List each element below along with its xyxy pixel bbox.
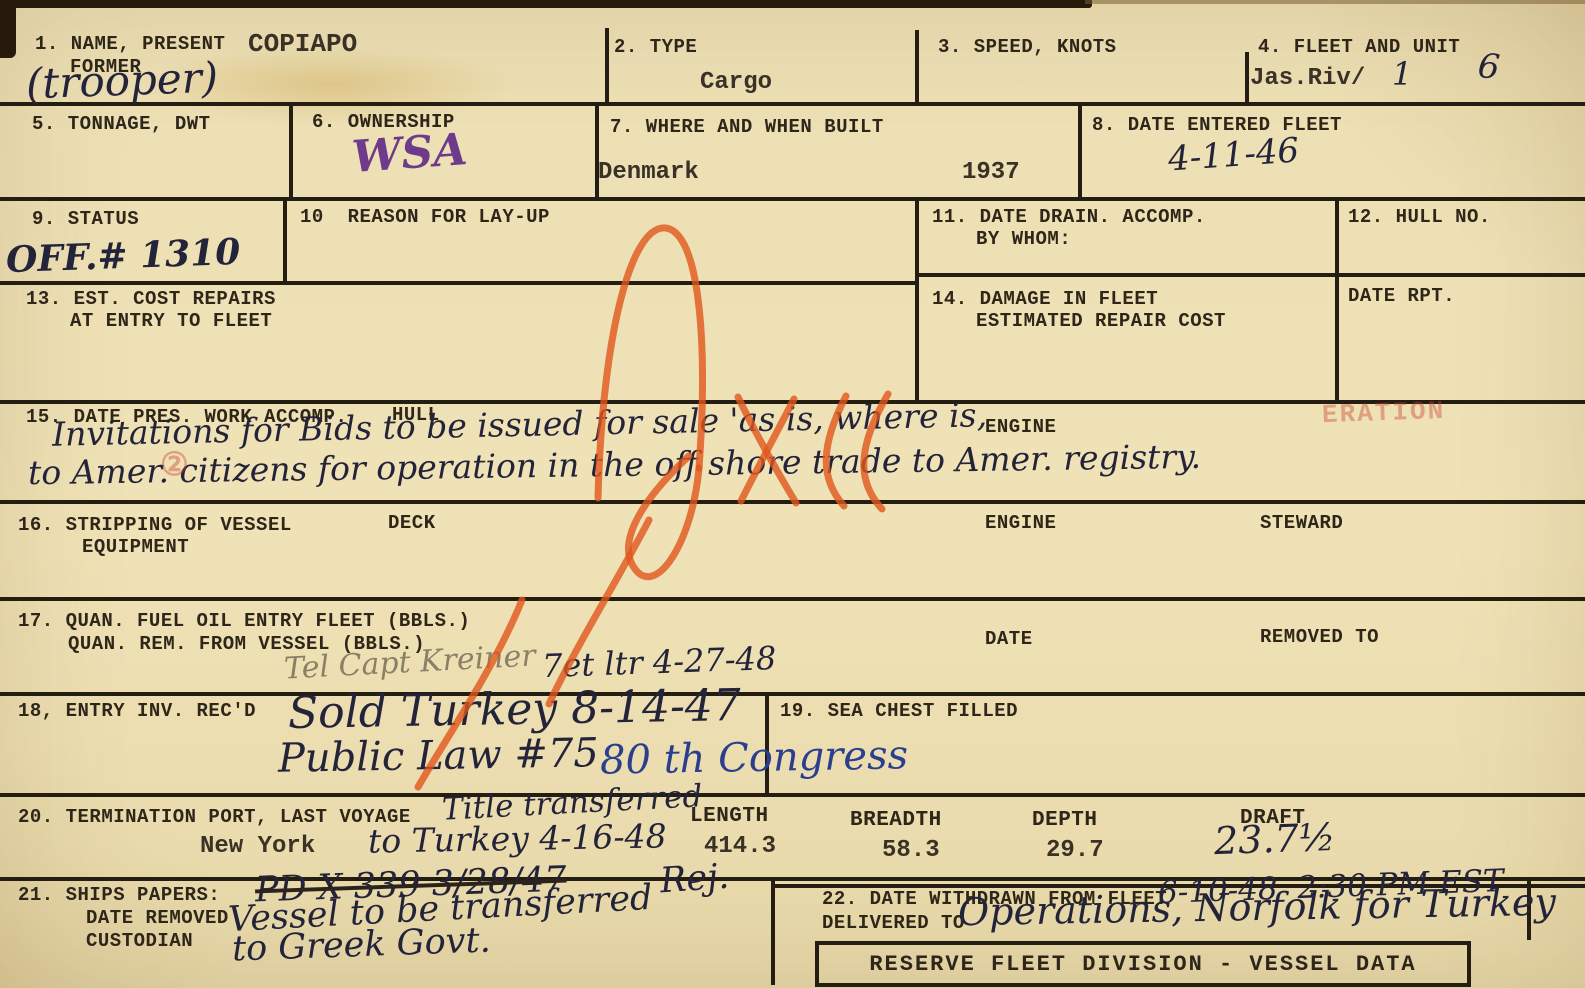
grid-line <box>771 877 775 985</box>
field-7-label: 7. WHERE AND WHEN BUILT <box>610 116 884 139</box>
grid-line <box>1335 197 1339 400</box>
fleet-unit-hand-2: 6 <box>1476 49 1501 85</box>
to-turkey-handwritten: to Turkey 4-16-48 <box>368 819 667 857</box>
grid-line <box>0 793 1585 797</box>
field-18-label: 18, ENTRY INV. REC'D <box>18 700 256 723</box>
date-rpt-label: DATE RPT. <box>1348 285 1455 308</box>
field-17-date-label: DATE <box>985 628 1033 651</box>
field-20-label: 20. TERMINATION PORT, LAST VOYAGE <box>18 806 411 829</box>
field-21-label: 21. SHIPS PAPERS: <box>18 884 220 907</box>
field-13-label: 13. EST. COST REPAIRS <box>26 288 276 311</box>
former-name-handwritten: (trooper) <box>25 57 218 106</box>
grid-line <box>915 197 919 400</box>
field-2-label: 2. TYPE <box>614 36 697 59</box>
grid-line <box>1245 52 1249 102</box>
banner-box: RESERVE FLEET DIVISION - VESSEL DATA <box>815 941 1471 987</box>
scan-edge-corner <box>0 0 16 58</box>
field-11-label: 11. DATE DRAIN. ACCOMP. <box>932 206 1206 229</box>
breadth-value: 58.3 <box>882 838 940 864</box>
field-10-label: 10 REASON FOR LAY-UP <box>300 206 550 229</box>
field-3-label: 3. SPEED, KNOTS <box>938 36 1117 59</box>
sold-turkey-handwritten: Sold Turkey 8-14-47 <box>288 684 742 736</box>
field-16-label: 16. STRIPPING OF VESSEL <box>18 514 292 537</box>
vessel-transfer-handwritten-line2: to Greek Govt. <box>231 923 491 967</box>
type-value: Cargo <box>700 70 772 96</box>
grid-line <box>915 273 1585 277</box>
grid-line <box>915 30 919 102</box>
field-8-label: 8. DATE ENTERED FLEET <box>1092 114 1342 137</box>
grid-line <box>0 197 1585 201</box>
field-17-label: 17. QUAN. FUEL OIL ENTRY FLEET (BBLS.) <box>18 610 470 633</box>
grid-line <box>605 28 609 102</box>
field-16-engine-label: ENGINE <box>985 512 1056 535</box>
banner-title: RESERVE FLEET DIVISION - VESSEL DATA <box>869 952 1416 977</box>
date-entered-fleet-handwritten: 4-11-46 <box>1167 133 1300 176</box>
vessel-record-card: 1. NAME, PRESENT COPIAPO FORMER (trooper… <box>0 0 1585 988</box>
ship-name-value: COPIAPO <box>248 30 357 59</box>
field-16-steward-label: STEWARD <box>1260 512 1343 535</box>
status-handwritten: OFF.# 1310 <box>5 234 240 278</box>
built-year-value: 1937 <box>962 160 1020 186</box>
grid-line <box>1078 102 1082 197</box>
depth-value: 29.7 <box>1046 838 1104 864</box>
congress-handwritten: 80 th Congress <box>600 735 909 780</box>
red-stamp-fragment-2: ERATION <box>1322 396 1446 430</box>
field-14-label: 14. DAMAGE IN FLEET <box>932 288 1158 311</box>
grid-line <box>0 281 915 285</box>
field-17-removed-to-label: REMOVED TO <box>1260 626 1379 649</box>
delivered-to-handwritten: Operations, Norfolk for Turkey <box>958 883 1556 931</box>
fleet-unit-value: Jas.Riv/ <box>1250 66 1365 92</box>
built-where-value: Denmark <box>598 160 699 186</box>
delivered-to-label: DELIVERED TO <box>822 912 965 935</box>
field-15-engine-label: ENGINE <box>985 416 1056 439</box>
ownership-handwritten: WSA <box>351 128 469 180</box>
field-14-label-line2: ESTIMATED REPAIR COST <box>976 310 1226 333</box>
depth-label: DEPTH <box>1032 808 1098 833</box>
rej-handwritten: Rej. <box>659 860 730 900</box>
field-21-custodian-label: CUSTODIAN <box>86 930 193 953</box>
grid-line <box>0 102 1585 106</box>
length-label: LENGTH <box>690 804 769 829</box>
field-21-date-removed-label: DATE REMOVED <box>86 907 229 930</box>
grid-line <box>0 500 1585 504</box>
length-value: 414.3 <box>704 834 776 860</box>
field-17-ink-note: 7et ltr 4-27-48 <box>542 642 777 682</box>
field-12-label: 12. HULL NO. <box>1348 206 1491 229</box>
field-5-label: 5. TONNAGE, DWT <box>32 113 211 136</box>
scan-edge-top-right <box>1085 0 1585 4</box>
field-16-deck-label: DECK <box>388 512 436 535</box>
field-9-label: 9. STATUS <box>32 208 139 231</box>
draft-value-handwritten: 23.7½ <box>1213 818 1336 860</box>
grid-line <box>0 597 1585 601</box>
grid-line <box>0 692 1585 696</box>
scan-edge-top <box>0 0 1092 8</box>
field-4-label: 4. FLEET AND UNIT <box>1258 36 1460 59</box>
red-stamp-fragment-1: ② <box>160 445 191 485</box>
grid-line <box>289 102 293 197</box>
field-11-by-whom-label: BY WHOM: <box>976 228 1071 251</box>
fleet-unit-hand-1: 1 <box>1392 58 1412 90</box>
field-16-label-line2: EQUIPMENT <box>82 536 189 559</box>
breadth-label: BREADTH <box>850 808 942 833</box>
grid-line <box>283 197 287 281</box>
termination-port-value: New York <box>200 834 315 860</box>
field-13-label-line2: AT ENTRY TO FLEET <box>70 310 272 333</box>
field-19-label: 19. SEA CHEST FILLED <box>780 700 1018 723</box>
public-law-handwritten: Public Law #75 <box>278 733 599 779</box>
